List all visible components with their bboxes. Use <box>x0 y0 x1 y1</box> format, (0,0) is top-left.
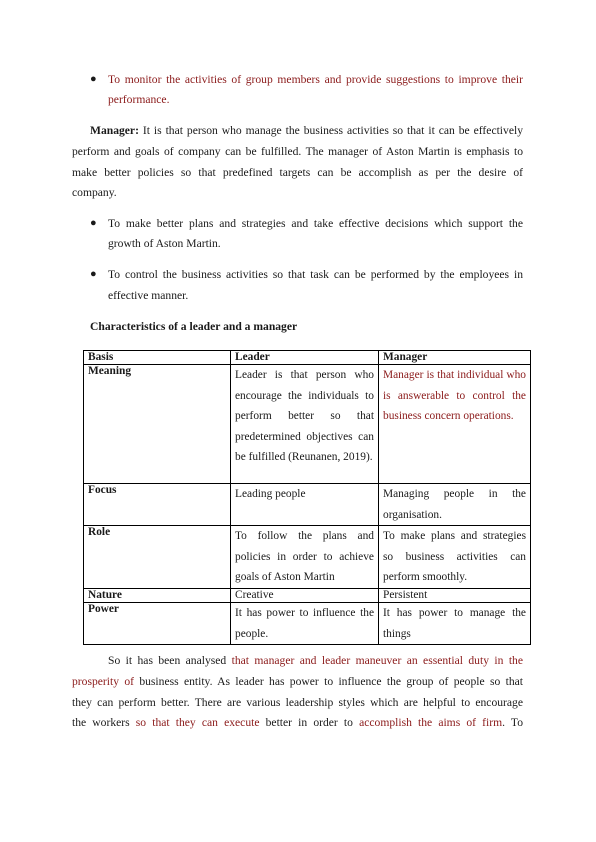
row-leader: Creative <box>231 588 379 602</box>
row-basis: Power <box>84 602 231 644</box>
conclusion-line1: So it has been analysed that manager and… <box>108 654 523 668</box>
header-basis: Basis <box>84 351 231 365</box>
row-basis: Role <box>84 526 231 589</box>
row-leader: Leader is that person who encourage the … <box>231 365 379 484</box>
table-row: Nature Creative Persistent <box>84 588 531 602</box>
row-manager: To make plans and strategies so business… <box>379 526 531 589</box>
row-basis: Meaning <box>84 365 231 484</box>
row-leader: To follow the plans and policies in orde… <box>231 526 379 589</box>
header-leader: Leader <box>231 351 379 365</box>
row-basis: Focus <box>84 484 231 526</box>
bullet-monitor-line2: performance. <box>108 93 169 107</box>
manager-label: Manager: <box>90 124 139 137</box>
characteristics-table: Basis Leader Manager Meaning Leader is t… <box>83 350 531 645</box>
row-leader: It has power to influence the people. <box>231 602 379 644</box>
bullet-icon: ● <box>90 217 97 229</box>
table-row: Power It has power to influence the peop… <box>84 602 531 644</box>
header-manager: Manager <box>379 351 531 365</box>
row-manager: Managing people in the organisation. <box>379 484 531 526</box>
conclusion-line2: prosperity of business entity. As leader… <box>72 675 523 689</box>
row-manager: Manager is that individual who is answer… <box>379 365 531 484</box>
manager-paragraph-line4: company. <box>72 186 117 200</box>
table-row: Focus Leading people Managing people in … <box>84 484 531 526</box>
bullet-monitor-line1: To monitor the activities of group membe… <box>108 73 523 87</box>
bullet-control-line2: effective manner. <box>108 289 188 303</box>
table-row: Role To follow the plans and policies in… <box>84 526 531 589</box>
row-manager: It has power to manage the things <box>379 602 531 644</box>
conclusion-line3: they can perform better. There are vario… <box>72 696 523 710</box>
bullet-icon: ● <box>90 73 97 85</box>
manager-paragraph-line3: make better policies so that predefined … <box>72 166 523 180</box>
section-heading: Characteristics of a leader and a manage… <box>90 320 297 334</box>
conclusion-line4: the workers so that they can execute bet… <box>72 716 523 730</box>
bullet-plans-line1: To make better plans and strategies and … <box>108 217 523 231</box>
bullet-plans-line2: growth of Aston Martin. <box>108 237 221 251</box>
manager-paragraph-line2: perform and goals of company can be fulf… <box>72 145 523 159</box>
row-manager: Persistent <box>379 588 531 602</box>
bullet-icon: ● <box>90 268 97 280</box>
row-leader: Leading people <box>231 484 379 526</box>
table-row: Meaning Leader is that person who encour… <box>84 365 531 484</box>
row-basis: Nature <box>84 588 231 602</box>
table-header-row: Basis Leader Manager <box>84 351 531 365</box>
manager-paragraph-line1: Manager: It is that person who manage th… <box>90 124 523 138</box>
bullet-control-line1: To control the business activities so th… <box>108 268 523 282</box>
